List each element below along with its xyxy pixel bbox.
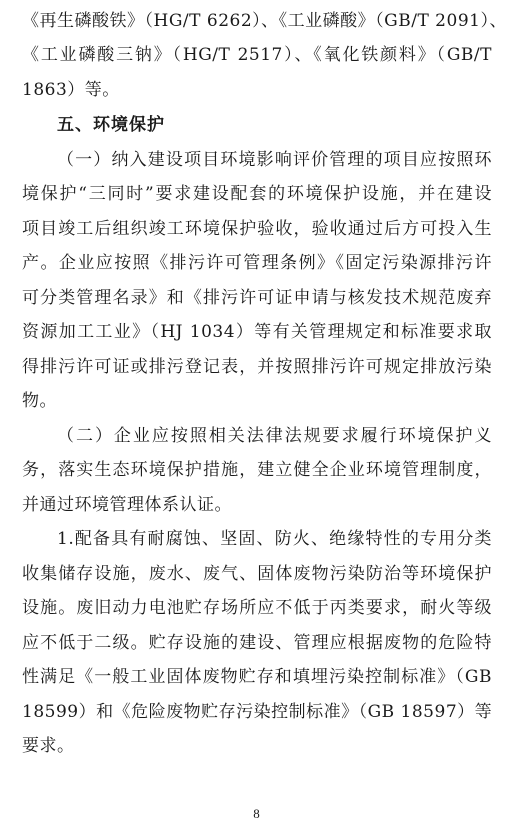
text-line: 《再生磷酸铁》（HG/T 6262）、《工业磷酸》（GB/T 2091）、 xyxy=(22,11,492,31)
paragraph-line: 要求。 xyxy=(22,736,492,756)
text-line: 1863）等。 xyxy=(22,80,492,100)
paragraph-line: （二）企业应按照相关法律法规要求履行环境保护义 xyxy=(57,426,492,446)
paragraph-line: 收集储存设施，废水、废气、固体废物污染防治等环境保护 xyxy=(22,564,492,584)
document-page: 《再生磷酸铁》（HG/T 6262）、《工业磷酸》（GB/T 2091）、 《工… xyxy=(0,0,513,839)
paragraph-line: 可分类管理名录》和《排污许可证申请与核发技术规范废弃 xyxy=(22,288,492,308)
paragraph-line: 产。企业应按照《排污许可管理条例》《固定污染源排污许 xyxy=(22,253,492,273)
paragraph-line: 资源加工工业》（HJ 1034）等有关管理规定和标准要求取 xyxy=(22,322,492,342)
paragraph-line: 设施。废旧动力电池贮存场所应不低于丙类要求，耐火等级 xyxy=(22,598,492,618)
paragraph-line: 18599）和《危险废物贮存污染控制标准》（GB 18597）等 xyxy=(22,702,492,722)
paragraph-line: 物。 xyxy=(22,391,492,411)
paragraph-line: 得排污许可证或排污登记表，并按照排污许可规定排放污染 xyxy=(22,357,492,377)
paragraph-line: 境保护“三同时”要求建设配套的环境保护设施，并在建设 xyxy=(22,184,492,204)
paragraph-line: 性满足《一般工业固体废物贮存和填埋污染控制标准》（GB xyxy=(22,667,492,687)
text-line: 《工业磷酸三钠》（HG/T 2517）、《氧化铁颜料》（GB/T xyxy=(22,45,492,65)
section-heading: 五、环境保护 xyxy=(57,115,165,135)
paragraph-line: 并通过环境管理体系认证。 xyxy=(22,495,492,515)
paragraph-line: 1.配备具有耐腐蚀、坚固、防火、绝缘特性的专用分类 xyxy=(57,529,492,549)
paragraph-line: 项目竣工后组织竣工环境保护验收，验收通过后方可投入生 xyxy=(22,219,492,239)
paragraph-line: 务，落实生态环境保护措施，建立健全企业环境管理制度， xyxy=(22,460,492,480)
paragraph-line: （一）纳入建设项目环境影响评价管理的项目应按照环 xyxy=(57,150,492,170)
paragraph-line: 应不低于二级。贮存设施的建设、管理应根据废物的危险特 xyxy=(22,633,492,653)
page-number: 8 xyxy=(0,806,513,822)
